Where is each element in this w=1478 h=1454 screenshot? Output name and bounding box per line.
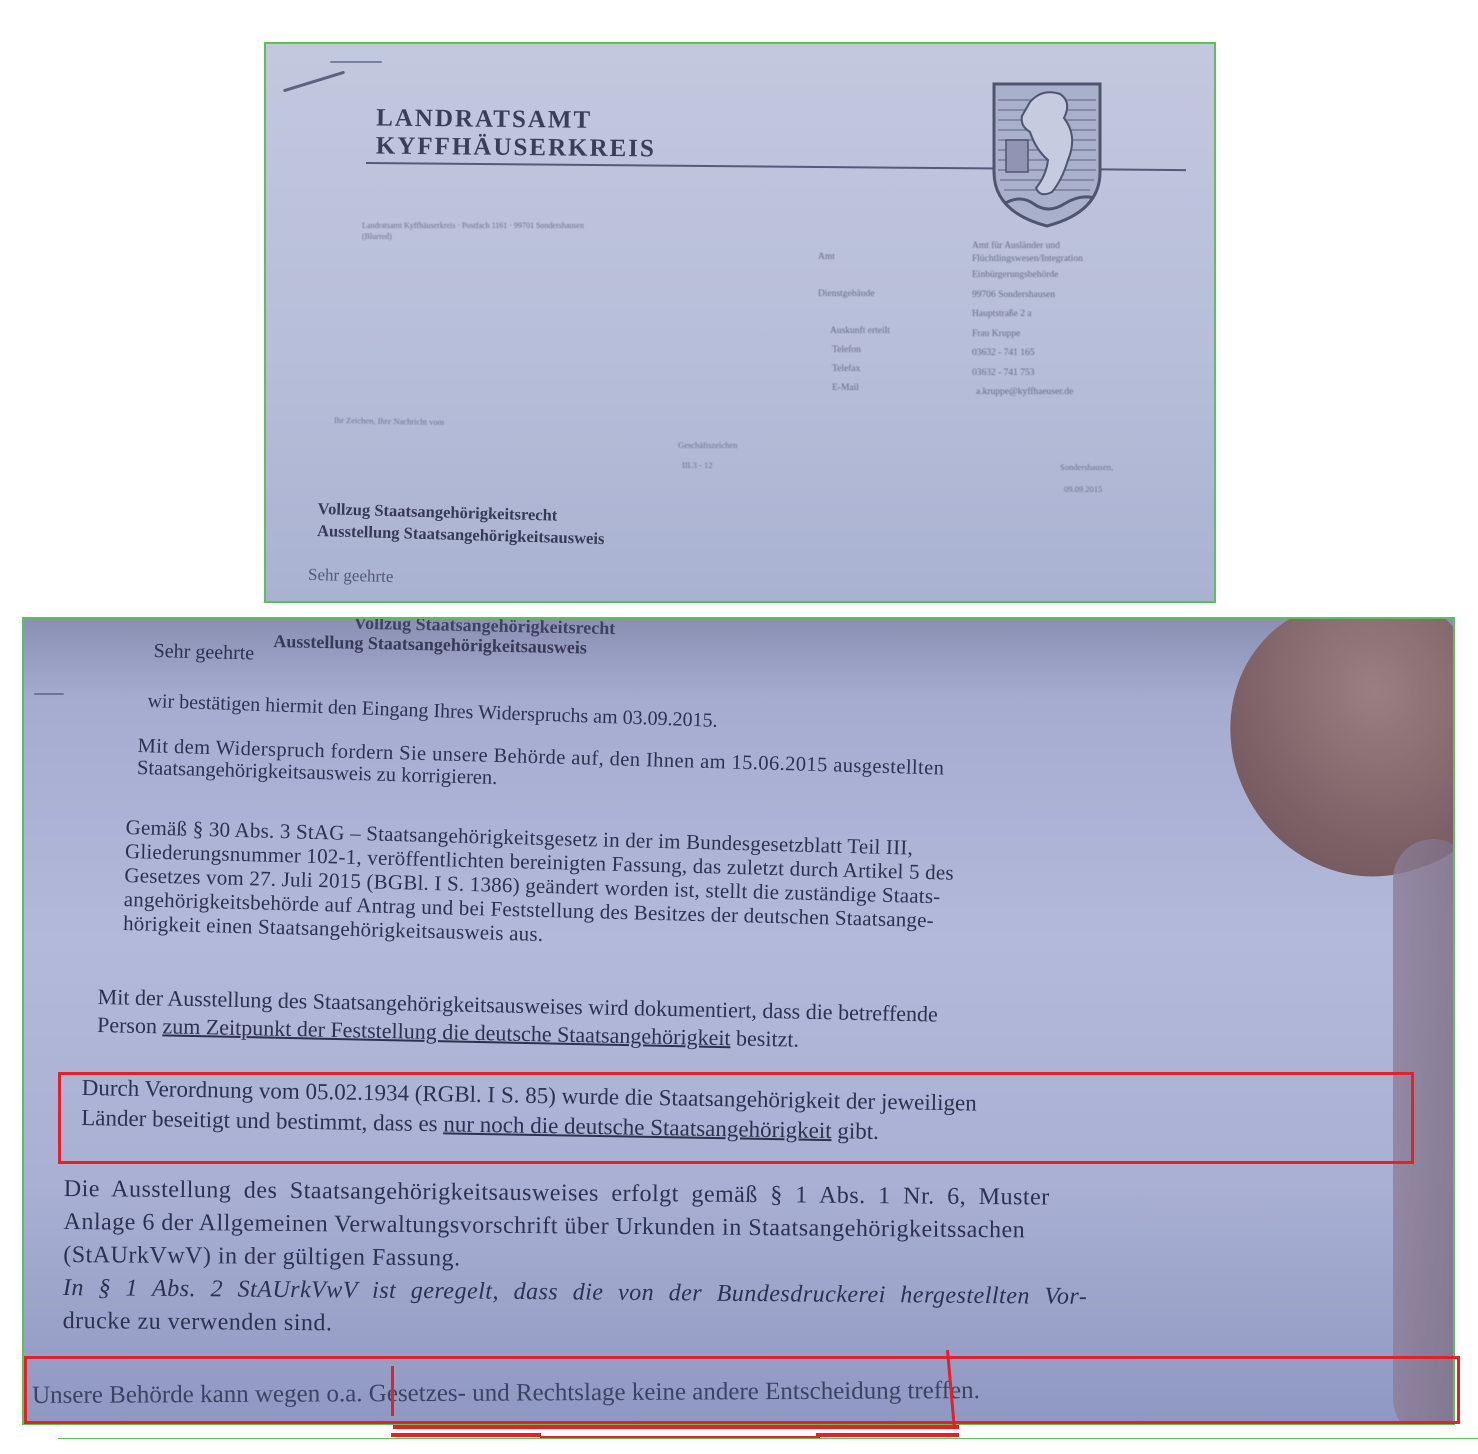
letterhead-photo: LANDRATSAMT KYFFHÄUSERKREIS Landratsamt …: [264, 42, 1216, 603]
label-email: E-Mail: [832, 379, 890, 398]
subject-fragment: Vollzug Staatsangehörigkeitsrecht Ausste…: [273, 617, 615, 658]
letter-subject: Vollzug Staatsangehörigkeitsrecht Ausste…: [317, 498, 606, 550]
contact-info-labels: Amt Dienstgebäude Auskunft erteilt Telef…: [818, 244, 890, 398]
paragraph-receipt: wir bestätigen hiermit den Eingang Ihres…: [147, 689, 718, 734]
label-telefon: Telefon: [832, 341, 890, 360]
pen-mark: [283, 71, 345, 93]
file-reference-label: Geschäftszeichen: [678, 440, 737, 450]
sender-address-line: Landratsamt Kyffhäuserkreis · Postfach 1…: [362, 220, 584, 242]
place-label: Sondershausen,: [1060, 462, 1113, 472]
paragraph-issuance: Die Ausstellung des Staatsangehörigkeits…: [63, 1173, 1089, 1347]
label-telefax: Telefax: [832, 360, 890, 379]
margin-mark: [34, 693, 64, 695]
salutation: Sehr geehrte: [153, 639, 254, 666]
paragraph-documentation: Mit der Ausstellung des Staatsangehörigk…: [97, 983, 938, 1057]
highlight-divider-left: [391, 1366, 394, 1416]
value-fax: 03632 - 741 753: [972, 364, 1083, 384]
sender-line-2: (Blurred): [362, 231, 584, 242]
pen-mark: [330, 61, 382, 63]
value-building-1: Einbürgerungsbehörde: [972, 266, 1083, 286]
letter-body-photo: Vollzug Staatsangehörigkeitsrecht Ausste…: [22, 617, 1455, 1425]
letter-date: 09.09.2015: [1064, 484, 1102, 494]
highlight-underline: [393, 1425, 959, 1429]
value-building-3: Hauptstraße 2 a: [972, 305, 1083, 325]
office-title: LANDRATSAMT KYFFHÄUSERKREIS: [376, 105, 657, 164]
value-email: a.kruppe@kyffhaeuser.de: [976, 383, 1083, 403]
office-title-line2: KYFFHÄUSERKREIS: [376, 133, 656, 164]
sender-line-1: Landratsamt Kyffhäuserkreis · Postfach 1…: [362, 220, 584, 231]
salutation: Sehr geehrte: [308, 565, 394, 587]
contact-info-values: Amt für Ausländer und Flüchtlingswesen/I…: [972, 240, 1083, 403]
documentation-line-2-suffix: besitzt.: [730, 1025, 799, 1051]
value-phone: 03632 - 741 165: [972, 344, 1083, 364]
office-title-line1: LANDRATSAMT: [376, 105, 656, 136]
highlight-box-regulation: [58, 1072, 1414, 1164]
frame-bottom-line: [58, 1438, 1478, 1439]
value-contact-person: Frau Kruppe: [972, 325, 1083, 345]
label-auskunft: Auskunft erteilt: [830, 322, 890, 341]
paragraph-legal-basis: Gemäß § 30 Abs. 3 StAG – Staatsangehörig…: [123, 815, 955, 957]
coat-of-arms-icon: [990, 80, 1104, 230]
paragraph-objection: Mit dem Widerspruch fordern Sie unsere B…: [137, 735, 945, 802]
highlight-underline-4: [816, 1433, 959, 1437]
value-building-2: 99706 Sondershausen: [972, 286, 1083, 306]
label-dienstgebaeude: Dienstgebäude: [818, 285, 890, 304]
documentation-line-2-prefix: Person: [97, 1012, 163, 1038]
label-amt: Amt: [818, 248, 890, 267]
file-reference-value: III.3 - 12: [682, 460, 712, 470]
highlight-underline-2: [391, 1433, 541, 1437]
highlight-box-conclusion: [24, 1356, 1460, 1424]
value-amt-1: Amt für Ausländer und: [972, 240, 1083, 252]
value-amt-2: Flüchtlingswesen/Integration: [972, 252, 1083, 266]
reply-reference-label: Ihr Zeichen, Ihre Nachricht vom: [334, 415, 444, 427]
